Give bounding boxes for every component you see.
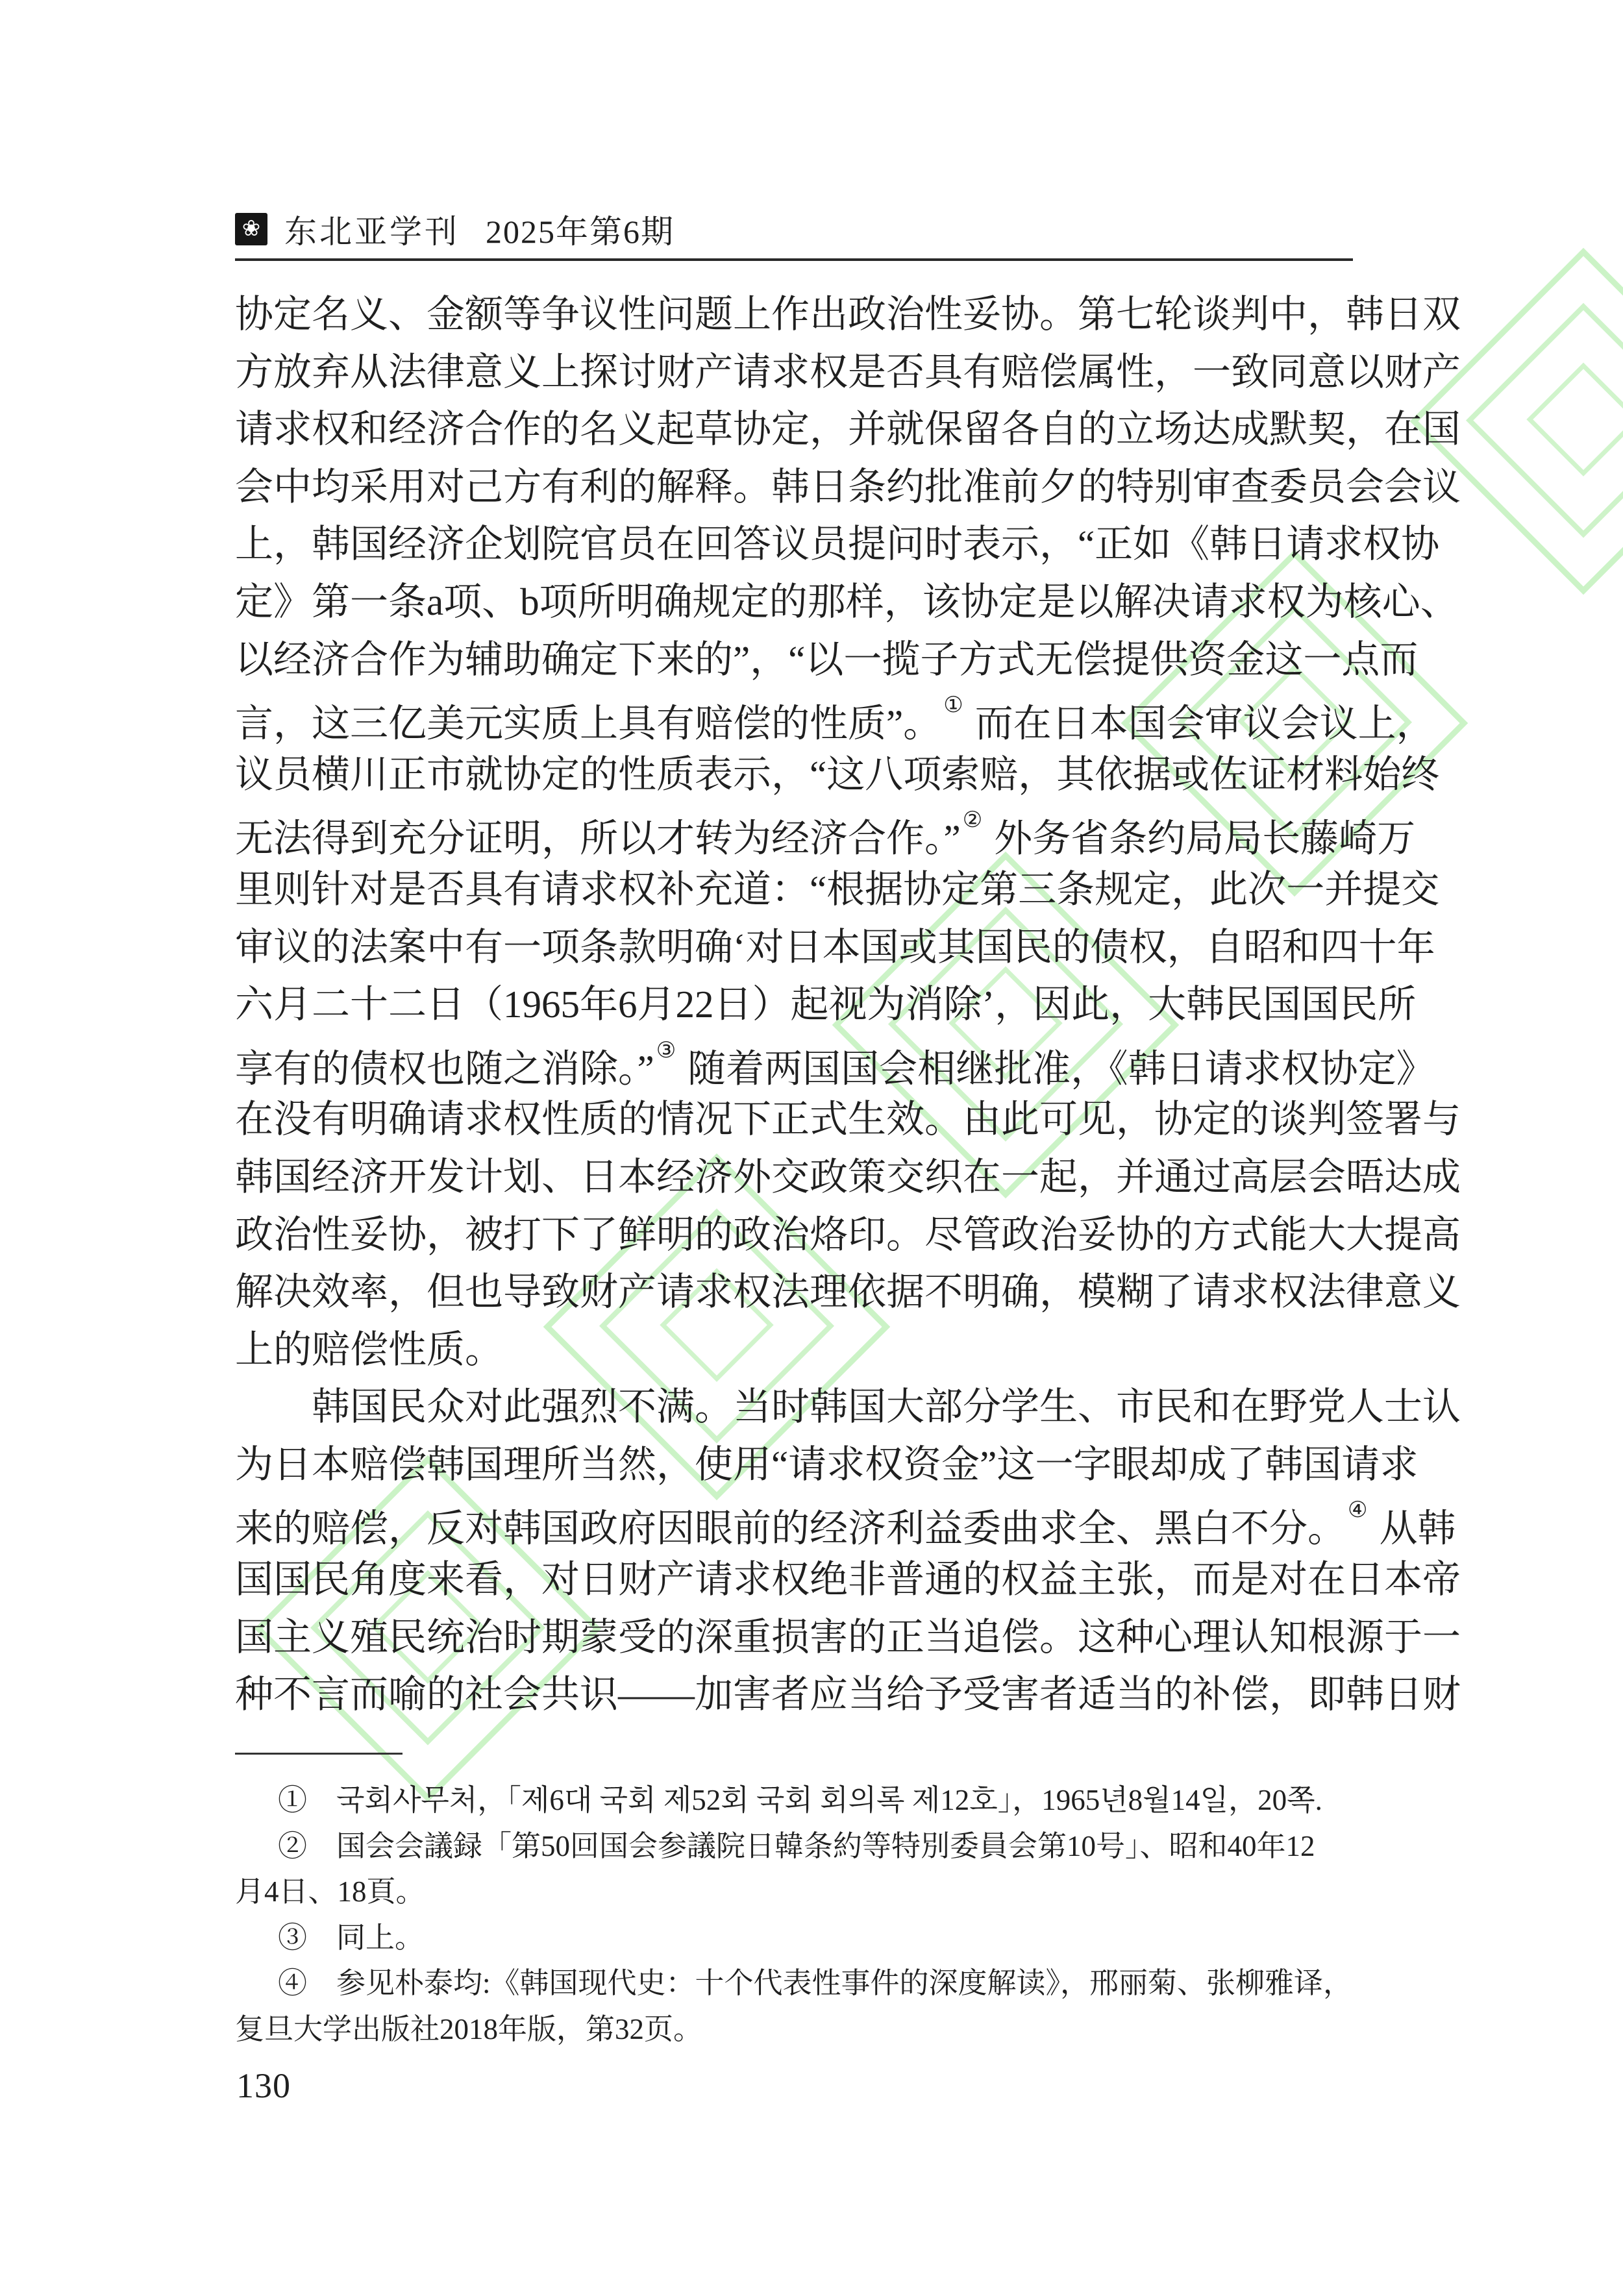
footnote-separator — [235, 1753, 403, 1755]
text-line: 韩国民众对此强烈不满。当时韩国大部分学生、市民和在野党人士认 — [235, 1378, 1353, 1436]
footnotes: ① 국회사무처，「제6대 국회 제52회 국회 회의록 제12호」，1965년8… — [235, 1777, 1353, 2052]
journal-issue: 2025年第6期 — [486, 206, 675, 253]
footnote-line: ④ 参见朴泰均:《韩国现代史：十个代表性事件的深度解读》，邢丽菊、张柳雅译， — [235, 1960, 1353, 2006]
text-line: 韩国经济开发计划、日本经济外交政策交织在一起，并通过高层会晤达成 — [235, 1148, 1353, 1206]
footnote-line: ① 국회사무처，「제6대 국회 제52회 국회 회의록 제12호」，1965년8… — [235, 1777, 1353, 1823]
journal-header: ❀ 东北亚学刊 2025年第6期 — [235, 209, 1352, 249]
text-line: 为日本赔偿韩国理所当然，使用“请求权资金”这一字眼却成了韩国请求 — [235, 1436, 1353, 1494]
text-line: 言，这三亿美元实质上具有赔偿的性质”。① 而在日本国会审议会议上， — [235, 688, 1353, 746]
text-line: 政治性妥协，被打下了鲜明的政治烙印。尽管政治妥协的方式能大大提高 — [235, 1206, 1353, 1264]
text-line: 审议的法案中有一项条款明确‘对日本国或其国民的债权，自昭和四十年 — [235, 919, 1353, 976]
page-number: 130 — [236, 2066, 291, 2106]
journal-logo-icon: ❀ — [235, 213, 267, 245]
text-line: 六月二十二日（1965年6月22日）起视为消除’，因此，大韩民国国民所 — [235, 976, 1353, 1033]
text-line: 享有的债权也随之消除。”③ 随着两国国会相继批准，《韩日请求权协定》 — [235, 1033, 1353, 1091]
text-line: 定》第一条a项、b项所明确规定的那样，该协定是以解决请求权为核心、 — [235, 573, 1353, 631]
footnote-line: ③ 同上。 — [235, 1915, 1353, 1961]
text-line: 来的赔偿，反对韩国政府因眼前的经济利益委曲求全、黑白不分。④ 从韩 — [235, 1493, 1353, 1551]
watermark-diamond-inner — [1466, 303, 1623, 538]
text-line: 无法得到充分证明，所以才转为经济合作。”② 外务省条约局局长藤崎万 — [235, 803, 1353, 861]
footnote-line: 月4日、18頁。 — [235, 1869, 1353, 1915]
text-line: 方放弃从法律意义上探讨财产请求权是否具有赔偿属性，一致同意以财产 — [235, 343, 1353, 401]
watermark-diamond-core — [1526, 362, 1623, 476]
text-line: 国主义殖民统治时期蒙受的深重损害的正当追偿。这种心理认知根源于一 — [235, 1609, 1353, 1666]
text-line: 种不言而喻的社会共识——加害者应当给予受害者适当的补偿，即韩日财 — [235, 1666, 1353, 1723]
text-line: 协定名义、金额等争议性问题上作出政治性妥协。第七轮谈判中，韩日双 — [235, 286, 1353, 343]
text-line: 在没有明确请求权性质的情况下正式生效。由此可见，协定的谈判签署与 — [235, 1091, 1353, 1148]
text-line: 国国民角度来看，对日财产请求权绝非普通的权益主张，而是对在日本帝 — [235, 1551, 1353, 1609]
text-line: 上，韩国经济企划院官员在回答议员提问时表示，“正如《韩日请求权协 — [235, 515, 1353, 573]
header-rule — [235, 258, 1353, 261]
text-line: 里则针对是否具有请求权补充道：“根据协定第三条规定，此次一并提交 — [235, 861, 1353, 919]
text-line: 上的赔偿性质。 — [235, 1321, 1353, 1379]
text-line: 请求权和经济合作的名义起草协定，并就保留各自的立场达成默契，在国 — [235, 401, 1353, 458]
article-body: 协定名义、金额等争议性问题上作出政治性妥协。第七轮谈判中，韩日双方放弃从法律意义… — [235, 286, 1353, 1723]
text-line: 以经济合作为辅助确定下来的”，“以一揽子方式无偿提供资金这一点而 — [235, 631, 1353, 689]
text-line: 会中均采用对己方有利的解释。韩日条约批准前夕的特别审查委员会会议 — [235, 458, 1353, 516]
text-line: 议员横川正市就协定的性质表示，“这八项索赔，其依据或佐证材料始终 — [235, 746, 1353, 804]
text-line: 解决效率，但也导致财产请求权法理依据不明确，模糊了请求权法律意义 — [235, 1263, 1353, 1321]
footnote-line: ② 国会会議録「第50回国会参議院日韓条約等特別委員会第10号」、昭和40年12 — [235, 1823, 1353, 1870]
footnote-line: 复旦大学出版社2018年版，第32页。 — [235, 2006, 1353, 2053]
journal-title: 东北亚学刊 — [284, 206, 460, 253]
